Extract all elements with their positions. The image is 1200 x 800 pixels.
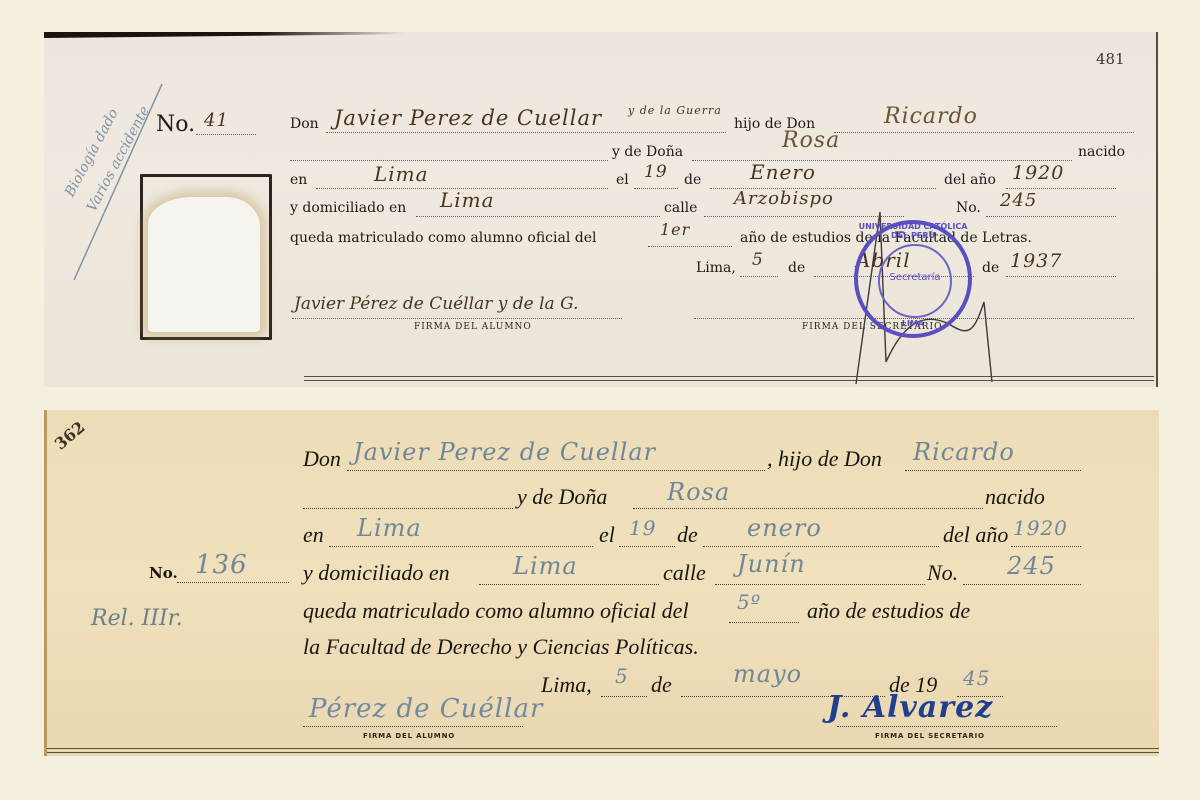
margin-note: Rel. IIIr. [91,606,183,631]
father-name: Ricardo [913,438,1015,466]
street: Arzobispo [734,188,834,209]
label-del-ano: del año [943,522,1008,548]
label-hijo-de-don: , hijo de Don [767,446,882,472]
caption-firma-secretario: FIRMA DEL SECRETARIO [875,732,985,740]
label-facultad: la Facultad de Derecho y Ciencias Políti… [303,634,699,660]
label-lima: Lima, [541,672,592,698]
student-name-suffix: y de la Guerra [628,104,722,117]
birth-year: 1920 [1013,516,1068,540]
label-queda-matriculado: queda matriculado como alumno oficial de… [290,230,596,246]
label-de-date: de [651,672,672,698]
birth-year: 1920 [1012,162,1064,184]
enrollment-record-1945: 362 Don Javier Perez de Cuellar , hijo d… [44,410,1159,756]
residence: Lima [440,188,495,212]
caption-firma-alumno: FIRMA DEL ALUMNO [363,732,455,740]
label-del-ano: del año [944,172,996,188]
label-y-de-dona: y de Doña [612,144,683,160]
stamp-ring-text: UNIVERSIDAD CATÓLICA DEL PERÚ [858,222,968,240]
label-de: de [677,522,698,548]
label-nacido: nacido [985,484,1045,510]
secretary-signature: J. Alvarez [827,690,993,725]
stamp-bottom-text: LIMA [858,319,968,328]
label-no: No. [927,560,958,586]
date-month: mayo [733,660,802,688]
date-day: 5 [752,250,764,270]
student-signature: Javier Pérez de Cuéllar y de la G. [294,294,578,314]
label-en: en [290,172,307,188]
label-domiciliado-en: y domiciliado en [290,200,406,216]
label-calle: calle [663,560,706,586]
record-number: 136 [195,550,248,580]
label-y-de-dona: y de Doña [517,484,607,510]
birth-place: Lima [374,162,429,186]
secretary-signature [44,32,45,33]
street-number: 245 [1000,190,1037,211]
stamp-center-text: Secretaría [880,272,950,283]
date-year: 1937 [1010,250,1062,272]
page-number: 362 [51,417,89,453]
residence: Lima [513,552,578,580]
caption-firma-alumno: FIRMA DEL ALUMNO [414,322,532,332]
label-de: de [684,172,701,188]
number-label: No. [149,564,178,582]
date-day: 5 [615,664,629,688]
university-stamp: UNIVERSIDAD CATÓLICA DEL PERÚ Secretaría… [854,220,972,338]
bottom-rule [304,376,1154,381]
label-el: el [599,522,615,548]
label-nacido: nacido [1078,144,1125,160]
label-de-year: de [982,260,999,276]
birth-place: Lima [357,514,422,542]
year-of-study: 5º [737,590,761,614]
student-name: Javier Perez de Cuellar [353,438,656,466]
student-signature: Pérez de Cuéllar [309,694,543,724]
year-of-study: 1er [660,220,690,239]
label-domiciliado-en: y domiciliado en [303,560,450,586]
label-en: en [303,522,324,548]
label-el: el [616,172,629,188]
torn-photo-area [148,197,260,332]
father-name: Ricardo [884,104,978,129]
label-de-date: de [788,260,805,276]
birth-day: 19 [644,162,668,182]
label-lima: Lima, [696,260,736,276]
label-don: Don [303,446,341,472]
page-number: 481 [1096,50,1125,68]
record-number: 41 [204,110,229,131]
street: Junín [737,550,806,578]
label-ano-de-estudios: año de estudios de [807,598,970,624]
mother-name: Rosa [667,478,730,506]
birth-month: enero [747,514,822,542]
bottom-rule [47,748,1159,753]
mother-name: Rosa [782,128,840,153]
number-label: No. [156,112,195,137]
street-number: 245 [1007,552,1056,580]
label-queda-matriculado: queda matriculado como alumno oficial de… [303,598,689,624]
date-year-suffix: 45 [963,666,990,690]
label-calle: calle [664,200,697,216]
birth-month: Enero [750,160,816,184]
student-name: Javier Perez de Cuellar [334,106,602,130]
label-don: Don [290,116,319,132]
birth-day: 19 [629,516,656,540]
enrollment-record-1937: 481 Biología dado Varios accidente No. 4… [44,32,1158,387]
label-no: No. [956,200,981,216]
